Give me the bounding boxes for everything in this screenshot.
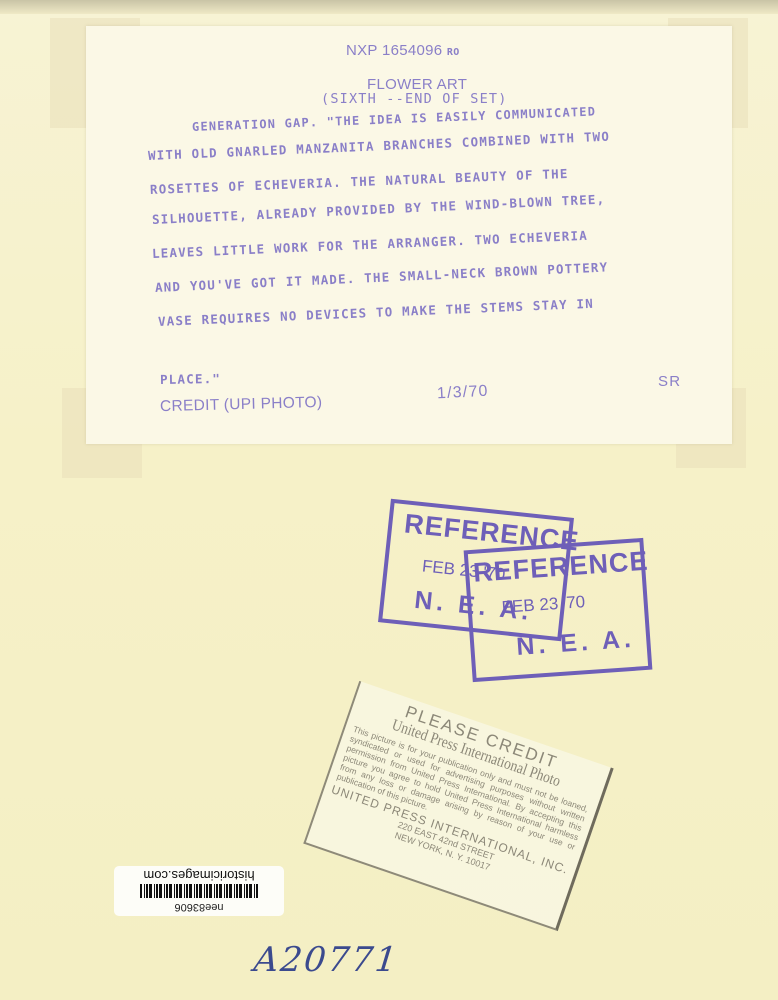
reference-number: NXP 1654096 RO [346, 42, 460, 59]
stamp-date: FEB 23 '70 [501, 592, 586, 618]
handwritten-note: A20771 [252, 940, 401, 980]
barcode-id: nee83606 [114, 901, 284, 913]
scan-edge [0, 0, 778, 14]
caption-date: 1/3/70 [437, 383, 490, 404]
stamp-label: REFERENCE [472, 546, 649, 589]
reference-suffix: RO [447, 47, 460, 58]
stamp-org: N. E. A. [516, 625, 636, 662]
reference-number-text: NXP 1654096 [346, 42, 442, 59]
barcode-label: historicimages.com nee83606 [114, 866, 284, 916]
barcode-icon [140, 884, 258, 898]
initials: SR [658, 373, 681, 390]
caption-subtitle: (SIXTH --END OF SET) [321, 91, 508, 107]
barcode-site: historicimages.com [114, 868, 284, 883]
reference-stamp-2: REFERENCE FEB 23 '70 N. E. A. [464, 538, 653, 682]
caption-body-line: PLACE." [160, 371, 221, 387]
